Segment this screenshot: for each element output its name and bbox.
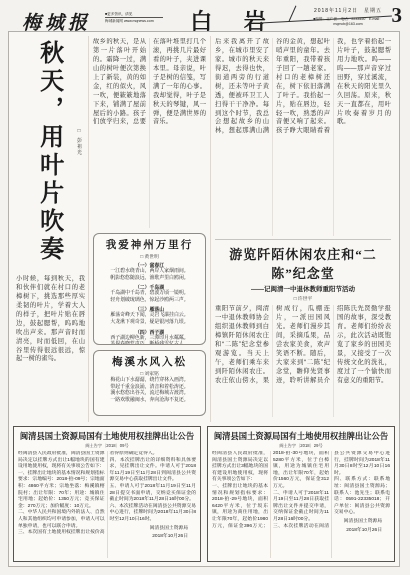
notices-section: 闽清县国土资源局国有土地使用权挂牌出让公告 闽土告字〔2018〕09号 经闽清县… xyxy=(13,426,395,562)
poem1-stanza: （四）西子湖 西子湖边柳色新，三潭印月水粼粼。 苏堤春晓莺声巧，断桥残雪忆古人。 xyxy=(99,329,200,345)
poem2-author: □ 刘家铭 xyxy=(99,370,200,377)
editor-line: ■编辑：王广世 电话：2233450 E-mail：mqmcb@163.com xyxy=(300,17,396,26)
article2-headline: 游览阡陌休闲农庄和“二陈”纪念堂 xyxy=(215,244,391,282)
issue-date: 2018年11月2日 星期五 xyxy=(300,7,396,14)
article2-subtitle: ——记闽清一中退休教师重阳节活动 xyxy=(215,284,391,293)
right-column: 后来我离开了故乡，在城市里安了家。城市的秋天来得迟，去得也快，街道两旁的行道树，… xyxy=(211,36,395,422)
poem-box-shenzhou: 我爱神州万里行 □ 黄世明 （一）富春江 一江碧水绕青山，两岸人家烟雨间。 帆影… xyxy=(93,233,206,345)
page-number: 3 xyxy=(392,3,403,28)
notice-left-doc-no: 闽土告字〔2018〕09号 xyxy=(18,443,196,449)
notice-left-headline: 闽清县国土资源局国有土地使用权挂牌出让公告 xyxy=(18,430,196,442)
poem-box-meixi: 梅溪水风入松 □ 刘家铭 梅花山下水潺潺，绕竹穿林入画湾。 带起千重金浪涌，清音… xyxy=(93,350,206,416)
essay-author: □ 彭祖光 xyxy=(76,128,83,155)
notice-right-sign-org: 闽清县国土资源局 xyxy=(334,519,390,526)
notice-right-body: 经闽清县人民政府批准，闽清县国土资源局决定以挂牌方式出让3幅地块的国有建设用地使… xyxy=(212,451,390,558)
poem1-stanza: （三）雁荡山 雁荡奇峰天下闻，灵岩飞瀑挂白云。 大龙湫下观奇景，疑是银河落九垠。 xyxy=(99,306,200,326)
poem1-author: □ 黄世明 xyxy=(99,253,200,260)
poem2-title: 梅溪水风入松 xyxy=(99,354,200,369)
middle-column: 故乡的秋天，是从第一片落叶开始的。霜降一过，满山的树叶便次第换上了新装，黄的如金… xyxy=(89,36,211,422)
content-frame: 秋天，用叶片吹奏 □ 彭祖光 小时候，每到秋天，我和伙伴们就在村口的老樟树下，挑… xyxy=(8,31,400,567)
notice-left: 闽清县国土资源局国有土地使用权挂牌出让公告 闽土告字〔2018〕09号 经闽清县… xyxy=(13,426,201,562)
essay-col1-text: 小时候，每到秋天，我和伙伴们就在村口的老樟树下，挑选那些厚实柔韧的叶片，学着大人… xyxy=(16,275,85,413)
essay-vertical-title: 秋天，用叶片吹奏 xyxy=(34,40,62,270)
issue-info: 2018年11月2日 星期五 ■编辑：王广世 电话：2233450 E-mail… xyxy=(300,7,396,26)
essay-title-column: 秋天，用叶片吹奏 □ 彭祖光 小时候，每到秋天，我和伙伴们就在村口的老樟树下，挑… xyxy=(13,36,89,422)
essay-mid-text: 故乡的秋天，是从第一片落叶开始的。霜降一过，满山的树叶便次第换上了新装，黄的如金… xyxy=(93,38,206,228)
poem1-stanza: （一）富春江 一江碧水绕青山，两岸人家烟雨间。 帆影悠悠随浪远，渔歌声里白鸥闲。 xyxy=(99,262,200,282)
notice-right-doc-no: 闽土告字〔2018〕29号 xyxy=(212,443,390,449)
poem2-stanza: 溪水悠悠出谷关，流过梅城古渡湾。 一路欢歌融闽水，奔向沧海不复还。 xyxy=(99,391,200,404)
masthead-note-line2: 梅城新闻网 www.mqnews.com xyxy=(105,17,163,24)
notice-right-headline: 闽清县国土资源局国有土地使用权挂牌出让公告 xyxy=(212,430,390,442)
notice-right: 闽清县国土资源局国有土地使用权挂牌出让公告 闽土告字〔2018〕29号 经闽清县… xyxy=(207,426,395,562)
notice-left-body: 经闽清县人民政府批准，闽清县国土资源局决定以挂牌方式出让1幅地块的国有建设用地使… xyxy=(18,451,196,558)
essay-section: 秋天，用叶片吹奏 □ 彭祖光 小时候，每到秋天，我和伙伴们就在村口的老樟树下，挑… xyxy=(13,36,395,422)
notice-right-sign-date: 2018年10月26日 xyxy=(334,528,390,535)
essay-right-text: 后来我离开了故乡，在城市里安了家。城市的秋天来得迟，去得也快，街道两旁的行道树，… xyxy=(215,38,391,240)
newspaper-page: 梅城报 ■更多资讯，请见 梅城新闻网 www.mqnews.com 白 岩 山 … xyxy=(0,0,410,575)
page-header: 梅城报 ■更多资讯，请见 梅城新闻网 www.mqnews.com 白 岩 山 … xyxy=(8,3,402,30)
poem2-stanza: 梅花山下水潺潺，绕竹穿林入画湾。 带起千重金浪涌，清音和着松涛还。 xyxy=(99,378,200,391)
notice-left-sign-org: 闽清县国土资源局 xyxy=(110,526,197,533)
poem1-stanza: （二）千岛湖 千岛湖中千岛青，碧波万顷一镜明。 轻舟划破琉璃色，惊起沙鸥两三声。 xyxy=(99,284,200,304)
article2: 游览阡陌休闲农庄和“二陈”纪念堂 ——记闽清一中退休教师重阳节活动 □ 许世平 … xyxy=(215,240,391,420)
poem1-title: 我爱神州万里行 xyxy=(99,237,200,252)
notice-left-sign-date: 2018年10月26日 xyxy=(110,534,197,541)
masthead-note: ■更多资讯，请见 梅城新闻网 www.mqnews.com xyxy=(105,12,163,25)
article2-author: □ 许世平 xyxy=(215,295,391,302)
article2-body: 重阳节前夕，闽清一中退休教师协会组织退休教师到白樟镇阡陌休闲农庄和“二陈”纪念堂… xyxy=(215,305,391,417)
